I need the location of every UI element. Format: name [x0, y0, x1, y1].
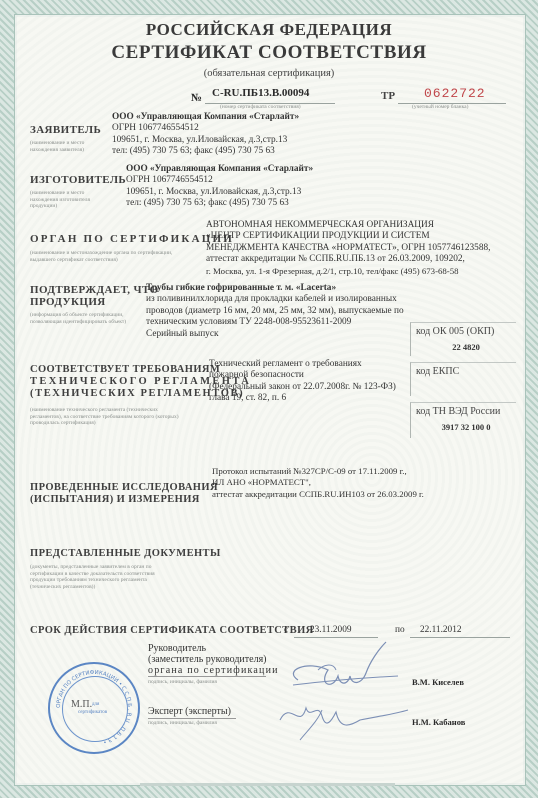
tests-label: ПРОВЕДЕННЫЕ ИССЛЕДОВАНИЯ (ИСПЫТАНИЯ) И И…	[30, 482, 218, 506]
blank-number: 0622722	[424, 86, 486, 101]
code-ekps-label: код ЕКПС	[416, 366, 516, 377]
certificate-number: C-RU.ПБ13.B.00094	[212, 87, 309, 99]
certification-body-label: ОРГАН ПО СЕРТИФИКАЦИИ	[30, 233, 234, 245]
blank-caption: (учетный номер бланка)	[412, 104, 468, 111]
tests-line: ИЛ АНО «НОРМАТЕСТ",	[212, 477, 424, 488]
validity-from-prefix: с	[284, 625, 288, 636]
cb-line: «ЦЕНТР СЕРТИФИКАЦИИ ПРОДУКЦИИ И СИСТЕМ	[206, 231, 490, 242]
cb-line: аттестат аккредитации № ССПБ.RU.ПБ.13 от…	[206, 254, 490, 265]
head-title-line: Руководитель	[148, 643, 279, 654]
cb-line: МЕНЕДЖМЕНТА КАЧЕСТВА «НОРМАТЕСТ», ОГРН 1…	[206, 243, 490, 254]
tests-line: аттестат аккредитации ССПБ.RU.ИН103 от 2…	[212, 489, 424, 500]
applicant-name: ООО «Управляющая Компания «Старлайт»	[112, 112, 299, 123]
expert-label: Эксперт (эксперты)	[148, 706, 231, 717]
official-stamp: ОРГАН ПО СЕРТИФИКАЦИИ • С С П Б . R U . …	[48, 662, 140, 754]
regulation-line: глава 19, ст. 82, п. 6	[209, 393, 396, 404]
code-tnved-label: код ТН ВЭД России	[416, 406, 516, 417]
tests-label-line: ПРОВЕДЕННЫЕ ИССЛЕДОВАНИЯ	[30, 482, 218, 494]
product-label-line: ПОДТВЕРЖДАЕТ, ЧТО	[30, 284, 159, 296]
validity-to-prefix: по	[395, 625, 405, 636]
manufacturer-ogrn: ОГРН 1067746554512	[126, 175, 313, 186]
head-title-line: (заместитель руководителя)	[148, 654, 279, 665]
certificate-title: СЕРТИФИКАТ СООТВЕТСТВИЯ	[0, 42, 538, 64]
head-signature-line	[148, 676, 266, 677]
code-tnved-value: 3917 32 100 0	[416, 422, 516, 432]
stamp-cert-text: сертификатов	[78, 710, 107, 715]
manufacturer-address: 109651, г. Москва, ул.Иловайская, д.3,ст…	[126, 187, 313, 198]
tp-label: ТР	[381, 90, 395, 102]
product-caption: (информация об объекте сертификации, поз…	[30, 312, 142, 325]
regulation-line: Технический регламент о требованиях	[209, 359, 396, 370]
regulation-line: пожарной безопасности	[209, 370, 396, 381]
expert-name: Н.М. Кабанов	[412, 717, 465, 727]
manufacturer-caption: (наименование и место нахождения изготов…	[30, 190, 102, 210]
product-label-line: ПРОДУКЦИЯ	[30, 296, 159, 308]
regulation-caption: (наименование технического регламента (т…	[30, 407, 180, 427]
code-ekps-box: код ЕКПС	[410, 362, 516, 396]
cb-line: АВТОНОМНАЯ НЕКОММЕРЧЕСКАЯ ОРГАНИЗАЦИЯ	[206, 220, 490, 231]
code-okp-value: 22 4820	[416, 342, 516, 352]
head-signature-title: Руководитель (заместитель руководителя) …	[148, 643, 279, 676]
head-name: В.М. Киселев	[412, 677, 464, 687]
documents-label: ПРЕДСТАВЛЕННЫЕ ДОКУМЕНТЫ	[30, 548, 221, 560]
manufacturer-details: ООО «Управляющая Компания «Старлайт» ОГР…	[126, 164, 313, 210]
stamp-for-text: для	[92, 702, 99, 707]
documents-caption: (документы, представленные заявителем в …	[30, 564, 178, 590]
head-signature-caption: подпись, инициалы, фамилия	[148, 679, 217, 686]
expert-signature-line	[148, 718, 236, 719]
regulation-details: Технический регламент о требованиях пожа…	[209, 359, 396, 405]
certification-body-caption: (наименование и местонахождение органа п…	[30, 250, 195, 263]
certificate-subtitle: (обязательная сертификация)	[0, 68, 538, 79]
manufacturer-phone: тел: (495) 730 75 63; факс (495) 730 75 …	[126, 198, 313, 209]
code-okp-label: код ОК 005 (ОКП)	[416, 326, 516, 337]
product-line: Серийный выпуск	[146, 329, 404, 340]
stamp-mp: М.П.	[71, 699, 92, 710]
product-label: ПОДТВЕРЖДАЕТ, ЧТО ПРОДУКЦИЯ	[30, 284, 159, 308]
country-heading: РОССИЙСКАЯ ФЕДЕРАЦИЯ	[0, 20, 538, 40]
expert-signature-icon	[270, 690, 410, 750]
applicant-caption: (наименование и место нахождения заявите…	[30, 140, 100, 153]
product-name: Трубы гибкие гофрированные т. м. «Lacert…	[146, 283, 404, 294]
head-title-line: органа по сертификации	[148, 665, 279, 676]
product-details: Трубы гибкие гофрированные т. м. «Lacert…	[146, 283, 404, 340]
applicant-address: 109651, г. Москва, ул.Иловайская, д.3,ст…	[112, 135, 299, 146]
applicant-label: ЗАЯВИТЕЛЬ	[30, 124, 101, 136]
applicant-details: ООО «Управляющая Компания «Старлайт» ОГР…	[112, 112, 299, 158]
product-line: из поливинилхлорида для прокладки кабеле…	[146, 294, 404, 305]
regulation-line: (Федеральный закон от 22.07.2008г. № 123…	[209, 382, 396, 393]
tests-label-line: (ИСПЫТАНИЯ) И ИЗМЕРЕНИЯ	[30, 494, 218, 506]
certification-body-details: АВТОНОМНАЯ НЕКОММЕРЧЕСКАЯ ОРГАНИЗАЦИЯ «Ц…	[206, 220, 490, 277]
tests-line: Протокол испытаний №327СР/С-09 от 17.11.…	[212, 466, 424, 477]
footer-microtext-strip	[140, 783, 395, 786]
code-okp-box: код ОК 005 (ОКП) 22 4820	[410, 322, 516, 356]
validity-from-date: 23.11.2009	[310, 625, 352, 636]
product-line: техническим условиям ТУ 2248-008-9552361…	[146, 317, 404, 328]
applicant-ogrn: ОГРН 1067746554512	[112, 123, 299, 134]
applicant-phone: тел: (495) 730 75 63; факс (495) 730 75 …	[112, 146, 299, 157]
validity-label: СРОК ДЕЙСТВИЯ СЕРТИФИКАТА СООТВЕТСТВИЯ	[30, 625, 314, 637]
tests-details: Протокол испытаний №327СР/С-09 от 17.11.…	[212, 466, 424, 500]
number-caption: (номер сертификата соответствия)	[220, 104, 301, 111]
number-prefix: №	[191, 92, 202, 104]
code-tnved-box: код ТН ВЭД России 3917 32 100 0	[410, 402, 516, 438]
manufacturer-label: ИЗГОТОВИТЕЛЬ	[30, 174, 126, 186]
product-line: проводов (диаметр 16 мм, 20 мм, 25 мм, 3…	[146, 306, 404, 317]
cb-line: г. Москва, ул. 1-я Фрезерная, д.2/1, стр…	[206, 266, 490, 277]
expert-signature-caption: подпись, инициалы, фамилия	[148, 720, 217, 727]
validity-to-date: 22.11.2012	[420, 625, 462, 636]
manufacturer-name: ООО «Управляющая Компания «Старлайт»	[126, 164, 313, 175]
